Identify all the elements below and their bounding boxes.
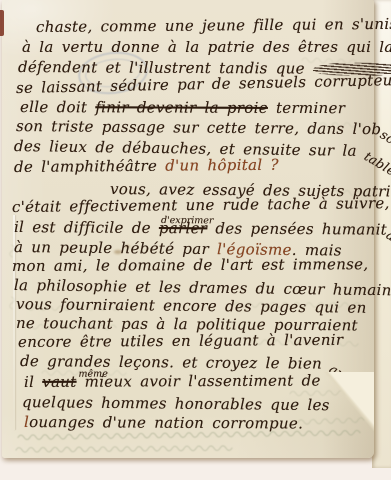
bleedthrough-squiggle [16,443,234,455]
text-segment: à la vertu donne à la patrie des êtres q… [22,38,391,56]
manuscript-line: de l'amphithéâtre d'un hôpital ? [14,156,279,176]
text-segment: elle doit [20,98,95,116]
manuscript-line: il est difficile de d'exprimerparler des… [14,218,391,239]
manuscript-page: chaste, comme une jeune fille qui en s'u… [2,0,374,458]
text-segment: des pensées humanit [207,219,387,238]
text-segment: chaste, comme une jeune fille qui en s'u… [36,15,391,36]
manuscript-line: louanges d'une nation corrompue. [24,413,303,432]
text-segment: d'un hôpital ? [165,156,279,175]
manuscript-photo: chaste, comme une jeune fille qui en s'u… [0,0,391,480]
manuscript-line: encore être utiles en léguant à l'avenir [18,331,343,351]
manuscript-line: c'était effectivement une rude tache à s… [12,194,390,216]
text-segment: de l'amphithéâtre [14,157,165,176]
text-segment: c'était effectivement une rude tache à s… [12,194,390,216]
text-segment: encore être utiles en léguant à l'avenir [18,331,343,351]
text-segment: vaut [42,373,76,391]
text-segment: finir devenir la proie [95,98,268,117]
text-segment: de grandes leçons. et croyez le bien [20,352,330,373]
manuscript-line: chaste, comme une jeune fille qui en s'u… [36,15,391,36]
red-edge-mark [0,10,4,36]
manuscript-line: il vautmême mieux avoir l'assentiment de [24,371,321,391]
text-segment: il [24,373,42,391]
manuscript-line: à la vertu donne à la patrie des êtres q… [22,38,391,56]
text-segment: ouanges d'une nation corrompue. [29,413,303,432]
manuscript-line: mon ami, le domaine de l'art est immense… [12,255,368,275]
text-segment: mon ami, le domaine de l'art est immense… [12,255,368,275]
text-segment: terminer [268,99,345,117]
text-segment: il est difficile de [14,218,159,237]
manuscript-line: de grandes leçons. et croyez le bien aus… [20,352,369,373]
manuscript-line: elle doit finir devenir la proie termine… [20,98,345,117]
text-segment: son triste passage sur cette terre, dans… [16,117,381,138]
corner-fold [278,372,374,458]
manuscript-line: son triste passage sur cette terre, dans… [16,117,391,139]
